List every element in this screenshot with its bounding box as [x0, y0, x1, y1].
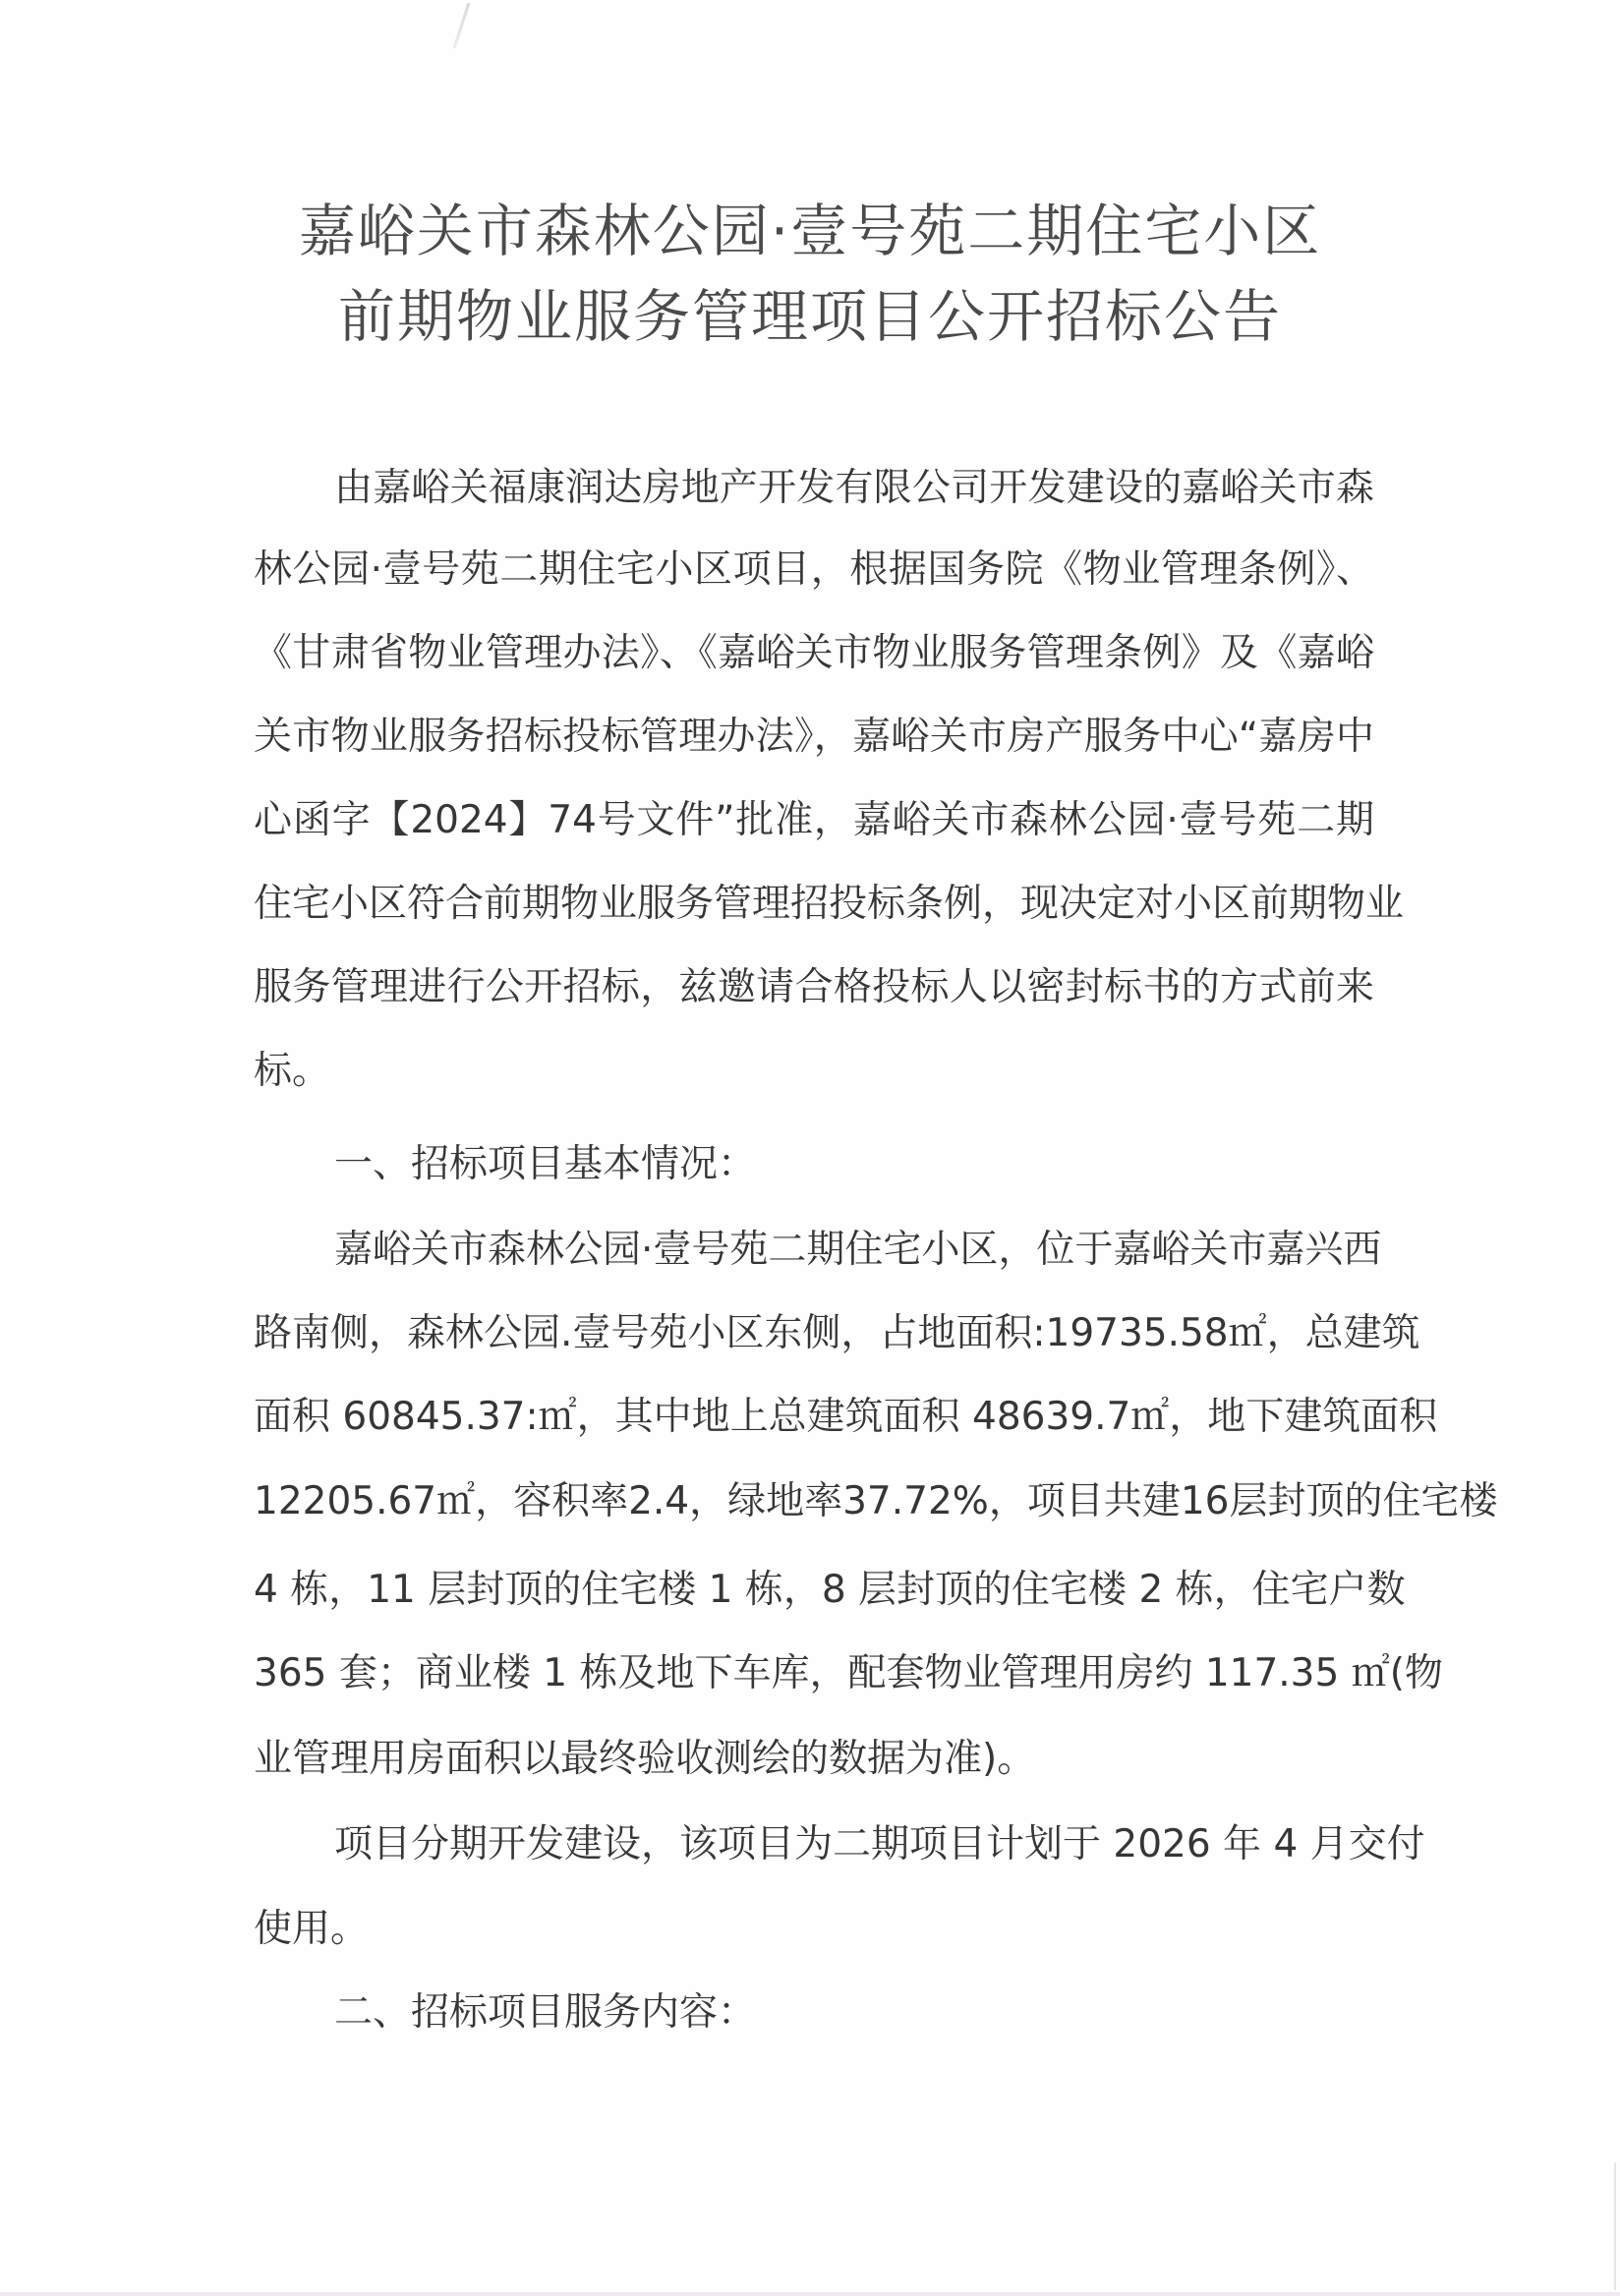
scan-edge-bottom [0, 2292, 1620, 2296]
paragraph-line: 路南侧，森林公园.壹号苑小区东侧，占地面积:19735.58㎡，总建筑 [254, 1309, 1374, 1358]
paragraph-line: 心函字【2024】74号文件”批准，嘉峪关市森林公园·壹号苑二期 [254, 796, 1374, 845]
paragraph-line: 12205.67㎡，容积率2.4，绿地率37.72%，项目共建16层封顶的住宅楼 [254, 1477, 1374, 1526]
paragraph-line: 服务管理进行公开招标，兹邀请合格投标人以密封标书的方式前来 [254, 963, 1374, 1012]
paragraph-line: 标。 [254, 1047, 1374, 1096]
section-heading-2: 二、招标项目服务内容： [334, 1988, 756, 2038]
paragraph-line: 住宅小区符合前期物业服务管理招投标条例，现决定对小区前期物业 [254, 880, 1374, 929]
paragraph-line: 项目分期开发建设，该项目为二期项目计划于 2026 年 4 月交付 [334, 1820, 1374, 1869]
paragraph-line: 林公园·壹号苑二期住宅小区项目，根据国务院《物业管理条例》、 [254, 545, 1374, 595]
scan-artifact-mark [453, 3, 471, 49]
scan-edge-right [1614, 2162, 1616, 2290]
paragraph-line: 365 套；商业楼 1 栋及地下车库，配套物业管理用房约 117.35 ㎡(物 [254, 1649, 1374, 1698]
title-line-1: 嘉峪关市森林公园·壹号苑二期住宅小区 [0, 197, 1620, 265]
paragraph-line: 嘉峪关市森林公园·壹号苑二期住宅小区，位于嘉峪关市嘉兴西 [334, 1226, 1374, 1275]
paragraph-line: 业管理用房面积以最终验收测绘的数据为准)。 [254, 1735, 1374, 1784]
title-line-2: 前期物业服务管理项目公开招标公告 [0, 282, 1620, 351]
paragraph-line: 关市物业服务招标投标管理办法》，嘉峪关市房产服务中心“嘉房中 [254, 713, 1374, 762]
paragraph-line: 由嘉峪关福康润达房地产开发有限公司开发建设的嘉峪关市森 [334, 464, 1374, 513]
paragraph-line: 使用。 [254, 1905, 1374, 1954]
paragraph-line: 《甘肃省物业管理办法》、《嘉峪关市物业服务管理条例》及《嘉峪 [254, 629, 1374, 678]
document-page: 嘉峪关市森林公园·壹号苑二期住宅小区 前期物业服务管理项目公开招标公告 由嘉峪关… [0, 0, 1620, 2296]
paragraph-line: 4 栋，11 层封顶的住宅楼 1 栋，8 层封顶的住宅楼 2 栋，住宅户数 [254, 1566, 1374, 1615]
paragraph-line: 面积 60845.37:㎡，其中地上总建筑面积 48639.7㎡，地下建筑面积 [254, 1393, 1374, 1442]
section-heading-1: 一、招标项目基本情况： [334, 1140, 756, 1189]
